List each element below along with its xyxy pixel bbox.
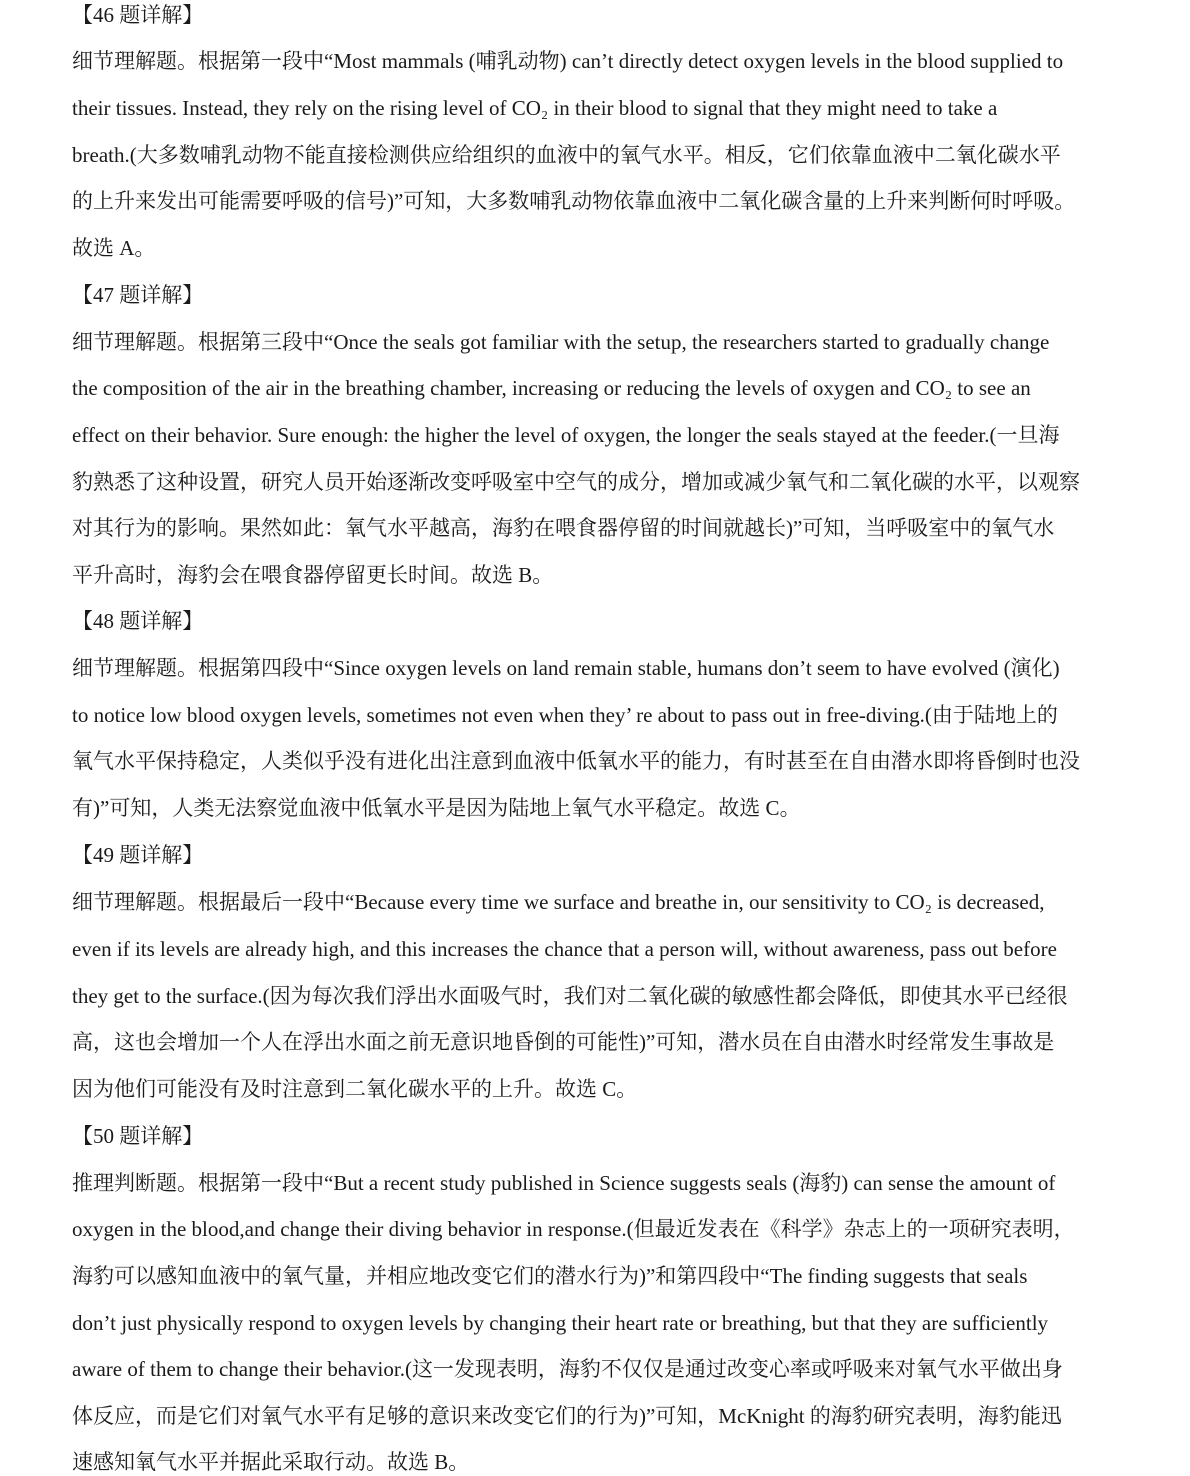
paragraph-line: don’t just physically respond to oxygen … xyxy=(72,1308,1048,1338)
paragraph-line: they get to the surface.(因为每次我们浮出水面吸气时，我… xyxy=(72,981,1068,1011)
paragraph-line: 体反应，而是它们对氧气水平有足够的意识来改变它们的行为)”可知，McKnight… xyxy=(72,1401,1062,1431)
paragraph-line: 因为他们可能没有及时注意到二氧化碳水平的上升。故选 C。 xyxy=(72,1074,637,1104)
paragraph-line: to notice low blood oxygen levels, somet… xyxy=(72,700,1058,730)
section-heading-46: 【46 题详解】 xyxy=(72,0,203,30)
paragraph-line: 推理判断题。根据第一段中“But a recent study publishe… xyxy=(72,1168,1055,1198)
paragraph-line: 细节理解题。根据第一段中“Most mammals (哺乳动物) can’t d… xyxy=(72,46,1063,76)
paragraph-line: aware of them to change their behavior.(… xyxy=(72,1354,1063,1384)
section-heading-47: 【47 题详解】 xyxy=(72,280,203,310)
paragraph-line: 有)”可知，人类无法察觉血液中低氧水平是因为陆地上氧气水平稳定。故选 C。 xyxy=(72,793,801,823)
paragraph-line: 故选 A。 xyxy=(72,233,155,263)
section-heading-49: 【49 题详解】 xyxy=(72,840,203,870)
paragraph-line: 细节理解题。根据第三段中“Once the seals got familiar… xyxy=(72,327,1049,357)
paragraph-line: 海豹可以感知血液中的氧气量，并相应地改变它们的潜水行为)”和第四段中“The f… xyxy=(72,1261,1027,1291)
section-heading-50: 【50 题详解】 xyxy=(72,1121,203,1151)
paragraph-line: 细节理解题。根据第四段中“Since oxygen levels on land… xyxy=(72,653,1060,683)
paragraph-line: 氧气水平保持稳定，人类似乎没有进化出注意到血液中低氧水平的能力，有时甚至在自由潜… xyxy=(72,746,1080,776)
paragraph-line: 平升高时，海豹会在喂食器停留更长时间。故选 B。 xyxy=(72,560,553,590)
paragraph-line: 豹熟悉了这种设置，研究人员开始逐渐改变呼吸室中空气的成分，增加或减少氧气和二氧化… xyxy=(72,467,1080,497)
paragraph-line: 的上升来发出可能需要呼吸的信号)”可知，大多数哺乳动物依靠血液中二氧化碳含量的上… xyxy=(72,186,1075,216)
paragraph-line: 速感知氧气水平并据此采取行动。故选 B。 xyxy=(72,1447,469,1476)
paragraph-line: their tissues. Instead, they rely on the… xyxy=(72,93,997,123)
paragraph-line: 对其行为的影响。果然如此：氧气水平越高，海豹在喂食器停留的时间就越长)”可知，当… xyxy=(72,513,1054,543)
paragraph-line: even if its levels are already high, and… xyxy=(72,934,1057,964)
paragraph-line: 高，这也会增加一个人在浮出水面之前无意识地昏倒的可能性)”可知，潜水员在自由潜水… xyxy=(72,1027,1054,1057)
paragraph-line: the composition of the air in the breath… xyxy=(72,373,1031,403)
section-heading-48: 【48 题详解】 xyxy=(72,606,203,636)
paragraph-line: 细节理解题。根据最后一段中“Because every time we surf… xyxy=(72,887,1044,917)
paragraph-line: breath.(大多数哺乳动物不能直接检测供应给组织的血液中的氧气水平。相反，它… xyxy=(72,140,1061,170)
paragraph-line: effect on their behavior. Sure enough: t… xyxy=(72,420,1059,450)
paragraph-line: oxygen in the blood,and change their div… xyxy=(72,1214,1075,1244)
